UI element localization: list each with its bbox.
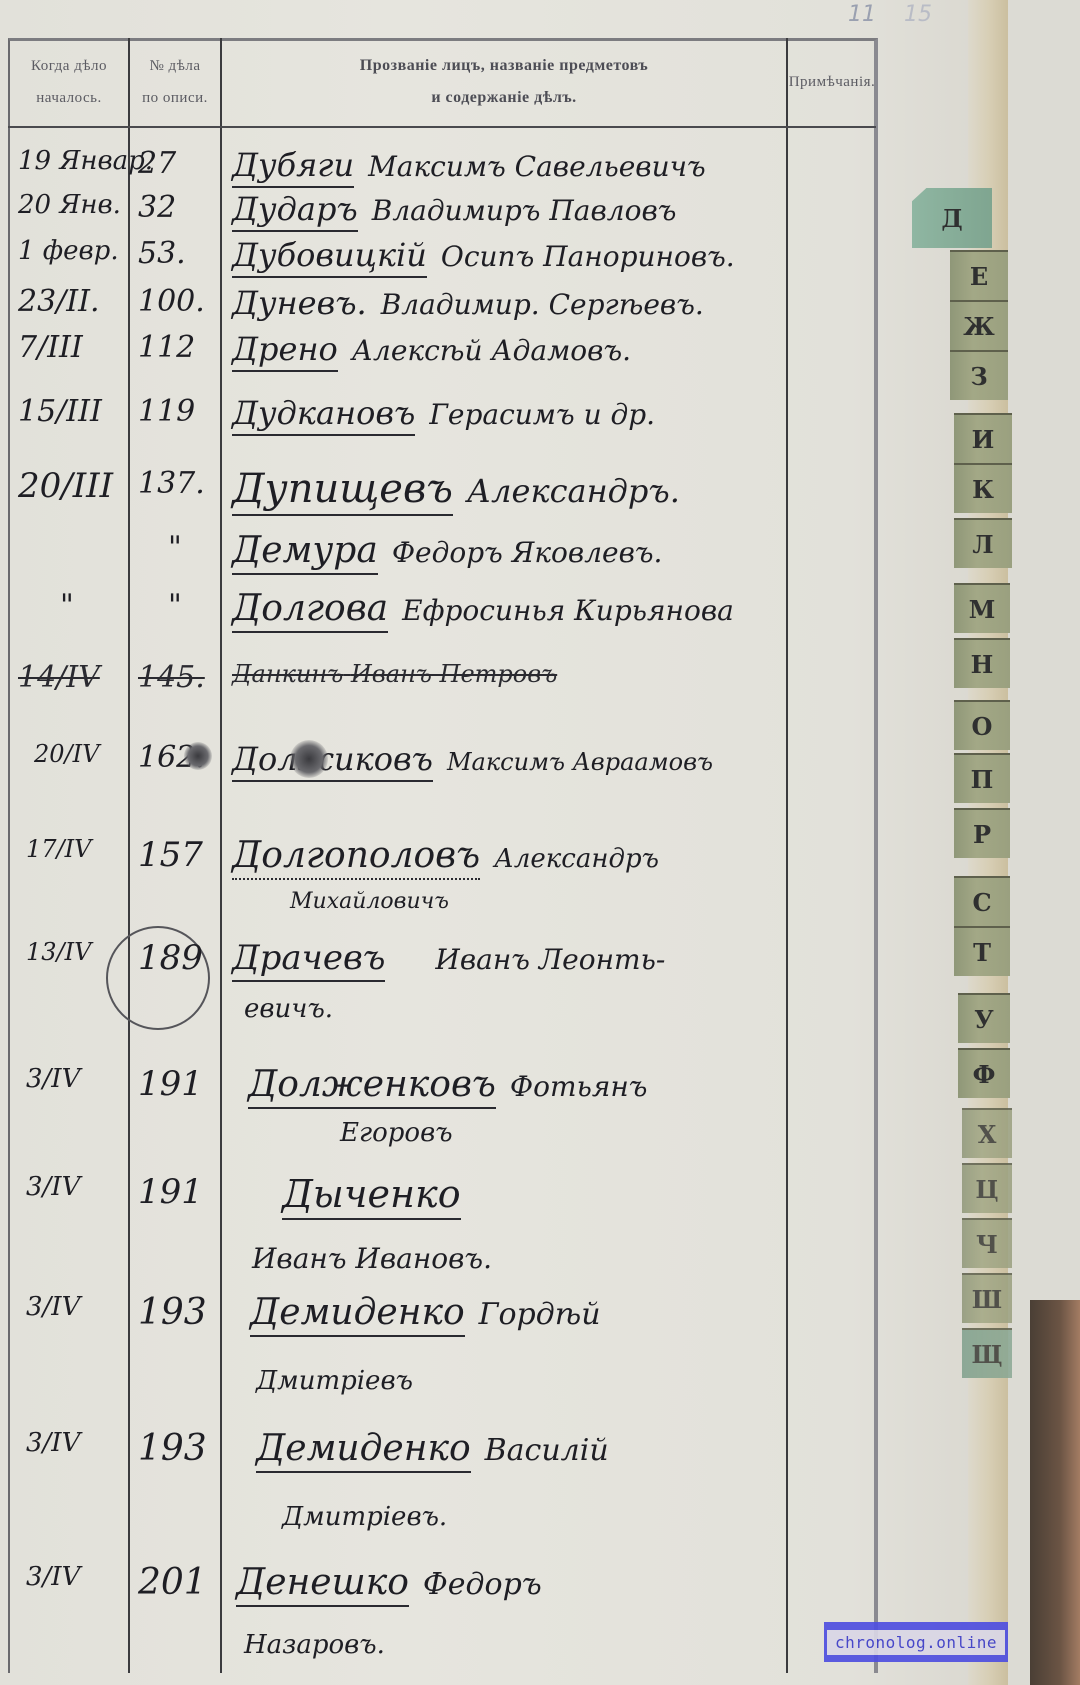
entry-date: " — [60, 588, 74, 623]
entry-number: " — [168, 588, 182, 623]
entry-date: 20 Янв. — [18, 190, 121, 220]
index-tab[interactable]: И — [954, 413, 1012, 463]
entry-given-name: Ефросинья Кирьянова — [402, 594, 734, 627]
entry-name: ДубовицкiйОсипъ Панориновъ. — [232, 236, 735, 274]
entry-number: 32 — [138, 190, 176, 225]
entry-number: 112 — [138, 330, 195, 365]
entry-surname: Долгова — [232, 588, 388, 633]
entry-surname: Долгополовъ — [232, 835, 480, 880]
entry-surname: Дуневъ. — [232, 284, 367, 324]
entry-number: 27 — [138, 146, 176, 181]
entry-given-name: Александръ. — [467, 472, 680, 510]
header-date-line2: началось. — [10, 82, 128, 114]
entry-name: ДемиденкоГордѣй — [250, 1292, 601, 1333]
entry-given-name: Федоръ Яковлевъ. — [392, 536, 663, 569]
entry-given-name: Владимир. Сергѣевъ. — [381, 288, 704, 321]
index-tab[interactable]: З — [950, 350, 1008, 400]
entry-given-name: Максимъ Савельевичъ — [368, 150, 706, 183]
entry-date: 23/II. — [18, 284, 100, 319]
index-tab[interactable]: Ц — [962, 1163, 1012, 1213]
header-number: № дѣла по описи. — [130, 50, 220, 114]
entry-continuation: Дмитрiевъ. — [282, 1502, 447, 1532]
entry-continuation: евичъ. — [244, 994, 333, 1024]
index-tab[interactable]: Р — [954, 808, 1010, 858]
entry-given-name: Герасимъ и др. — [429, 398, 655, 431]
entry-name: ДубягиМаксимъ Савельевичъ — [232, 146, 706, 184]
entry-number: 191 — [138, 1064, 203, 1104]
index-tab[interactable]: Ч — [962, 1218, 1012, 1268]
entry-name: ДемиденкоВасилiй — [256, 1428, 609, 1469]
entry-number: 53. — [138, 236, 186, 271]
entry-continuation: Михайловичъ — [290, 889, 449, 914]
header-number-line2: по описи. — [130, 82, 220, 114]
entry-name: Данкинъ Иванъ Петровъ — [232, 660, 557, 688]
entry-date: 3/IV — [26, 1428, 80, 1458]
entry-number: 100. — [138, 284, 205, 319]
entry-date: 20/IV — [34, 740, 99, 768]
entry-date: 7/III — [18, 330, 83, 365]
entry-given-name: Василiй — [485, 1433, 609, 1468]
entry-given-name: Иванъ Петровъ — [351, 660, 557, 688]
entry-given-name: Федоръ — [423, 1567, 542, 1602]
header-date-line1: Когда дѣло — [10, 50, 128, 82]
entry-number: 119 — [138, 394, 195, 429]
entry-date: 14/IV — [18, 660, 100, 695]
entry-date: 19 Январ. — [18, 146, 153, 176]
entry-name: ДемураФедоръ Яковлевъ. — [232, 530, 662, 571]
ink-blot — [290, 740, 328, 778]
index-tab[interactable]: Ф — [958, 1048, 1010, 1098]
index-tab[interactable]: Ш — [962, 1273, 1012, 1323]
entry-number: 189 — [138, 938, 203, 978]
entry-date: 20/III — [18, 466, 113, 506]
entry-number: 193 — [138, 1428, 207, 1469]
header-date: Когда дѣло началось. — [10, 50, 128, 114]
entry-surname: Данкинъ — [232, 660, 343, 688]
entry-continuation: Дмитрiевъ — [256, 1366, 413, 1396]
entry-given-name: Иванъ Леонть- — [435, 943, 665, 976]
header-subject-line2: и содержанiе дѣлъ. — [222, 82, 786, 114]
entry-number: 201 — [138, 1562, 207, 1603]
entry-number: 145. — [138, 660, 205, 695]
entry-given-name: Владимиръ Павловъ — [372, 194, 677, 227]
index-tab[interactable]: Щ — [962, 1328, 1012, 1378]
entry-surname: Дыченко — [282, 1172, 461, 1220]
entry-surname: Дупищевъ — [232, 466, 453, 516]
ink-blot — [184, 742, 212, 770]
entry-surname: Демиденко — [256, 1428, 471, 1473]
entry-given-name: Гордѣй — [479, 1297, 601, 1332]
entry-surname: Демиденко — [250, 1292, 465, 1337]
entry-date: 13/IV — [26, 938, 91, 966]
entry-surname: Демура — [232, 530, 378, 575]
column-divider — [220, 38, 222, 1673]
index-tab[interactable]: С — [954, 876, 1010, 926]
photo-hand-edge — [1030, 1300, 1080, 1685]
entry-surname: Долженковъ — [248, 1064, 496, 1109]
entry-date: 3/IV — [26, 1172, 80, 1202]
index-tab[interactable]: Л — [954, 518, 1012, 568]
entry-name: ДолгополовъАлександръ — [232, 835, 659, 876]
index-tab[interactable]: Е — [950, 250, 1008, 300]
entry-number: 157 — [138, 835, 203, 875]
entry-given-name: Осипъ Панориновъ. — [441, 240, 735, 273]
folio-number-secondary: 15 — [904, 2, 932, 27]
index-tab[interactable]: Ж — [950, 300, 1008, 350]
index-tab[interactable]: Д — [912, 188, 992, 248]
column-divider — [128, 38, 130, 1673]
header-divider — [8, 126, 876, 128]
entry-given-name: Алексѣй Адамовъ. — [352, 334, 631, 367]
index-tab[interactable]: Н — [954, 638, 1010, 688]
entry-name: ДудкановъГерасимъ и др. — [232, 394, 655, 432]
entry-date: 3/IV — [26, 1064, 80, 1094]
index-tab[interactable]: Х — [962, 1108, 1012, 1158]
entry-continuation: Назаровъ. — [244, 1630, 385, 1660]
entry-surname: Дубовицкiй — [232, 236, 427, 278]
entry-date: 17/IV — [26, 835, 91, 863]
entry-number: " — [168, 530, 182, 565]
header-subject-line1: Прозванiе лицъ, названiе предметовъ — [222, 50, 786, 82]
entry-name: Дыченко — [282, 1172, 475, 1216]
folio-number-primary: 11 — [848, 2, 876, 27]
index-tab[interactable]: М — [954, 583, 1010, 633]
header-subject: Прозванiе лицъ, названiе предметовъ и со… — [222, 50, 786, 114]
entry-surname: Денешко — [236, 1562, 409, 1607]
entry-continuation: Егоровъ — [340, 1118, 453, 1148]
header-number-line1: № дѣла — [130, 50, 220, 82]
entry-name: Дуневъ.Владимир. Сергѣевъ. — [232, 284, 704, 322]
column-divider — [786, 38, 788, 1673]
entry-surname: Дудкановъ — [232, 394, 415, 436]
index-tab[interactable]: К — [954, 463, 1012, 513]
entry-name: ДреноАлексѣй Адамовъ. — [232, 330, 631, 368]
entry-date: 1 февр. — [18, 236, 119, 266]
index-tab[interactable]: У — [958, 993, 1010, 1043]
header-notes: Примѣчанiя. — [788, 66, 876, 98]
entry-surname: Дубяги — [232, 146, 354, 188]
entry-date: 3/IV — [26, 1292, 80, 1322]
watermark-badge: chronolog.online — [824, 1622, 1008, 1662]
entry-name: ДрачевъИванъ Леонть- — [232, 938, 665, 978]
entry-number: 191 — [138, 1172, 203, 1212]
entry-name: ДупищевъАлександръ. — [232, 466, 680, 512]
entry-name: ДударъВладимиръ Павловъ — [232, 190, 676, 228]
entry-number: 193 — [138, 1292, 207, 1333]
watermark-text: chronolog.online — [827, 1630, 1005, 1655]
entry-number: 137. — [138, 466, 205, 501]
index-tab[interactable]: Т — [954, 926, 1010, 976]
entry-surname: Дударъ — [232, 190, 358, 232]
entry-name: ДолженковъФотьянъ — [248, 1064, 647, 1105]
entry-given-name: Фотьянъ — [510, 1070, 648, 1103]
entry-given-name: Александръ — [494, 844, 659, 874]
entry-surname: Должиковъ — [232, 740, 433, 782]
entry-date: 15/III — [18, 394, 102, 429]
entry-continuation: Иванъ Ивановъ. — [252, 1242, 492, 1275]
entry-date: 3/IV — [26, 1562, 80, 1592]
index-tab[interactable]: П — [954, 753, 1010, 803]
entry-name: ДенешкоФедоръ — [236, 1562, 542, 1603]
entry-name: ДолговаЕфросинья Кирьянова — [232, 588, 734, 629]
entry-surname: Дрено — [232, 330, 338, 372]
index-tab[interactable]: О — [954, 700, 1010, 750]
entry-given-name: Максимъ Авраамовъ — [447, 748, 713, 776]
entry-surname: Драчевъ — [232, 938, 385, 982]
